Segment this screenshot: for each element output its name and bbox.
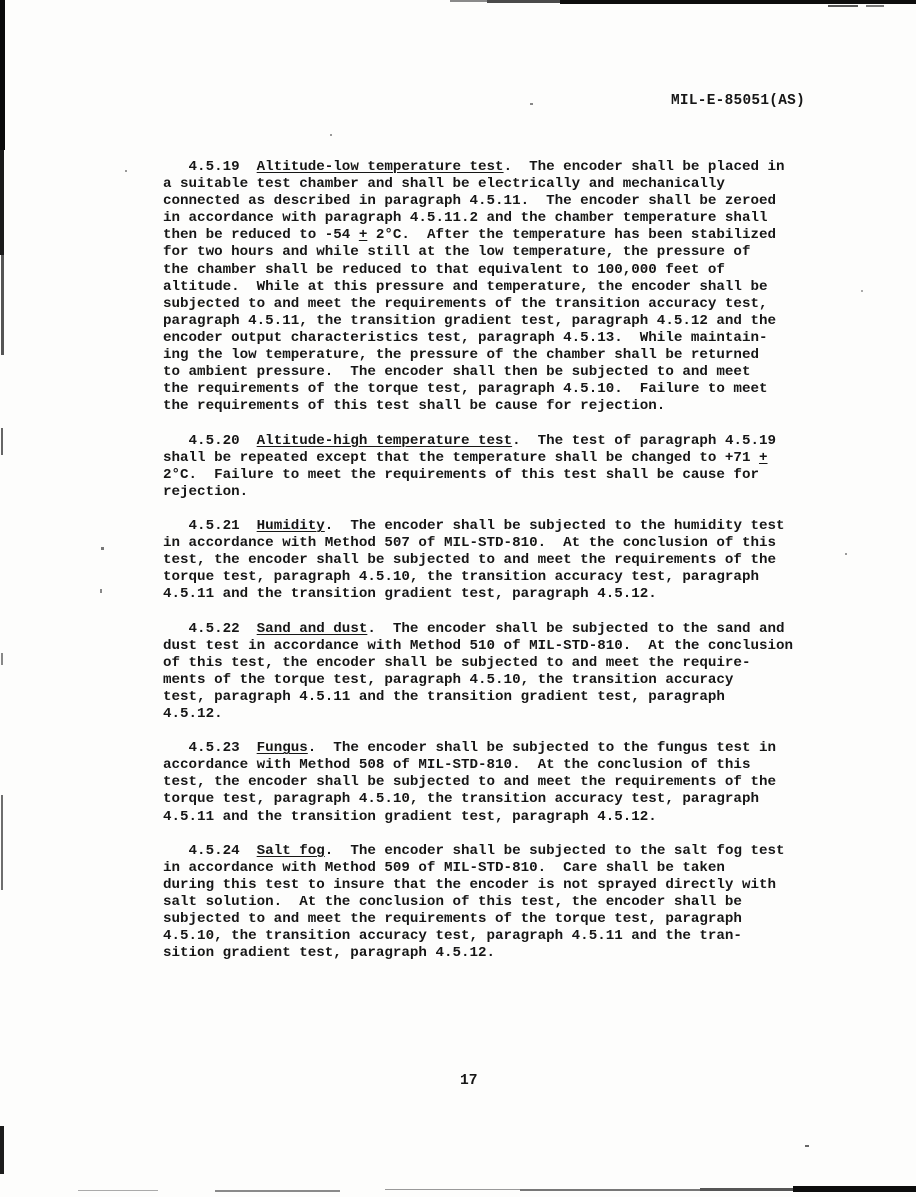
paragraph-heading-underlined: Salt fog (257, 843, 325, 859)
scan-artifact-bottom-edge (793, 1186, 916, 1192)
scan-artifact-bottom-edge (215, 1190, 340, 1192)
scan-speck (100, 589, 102, 593)
scan-speck (125, 170, 127, 172)
scan-artifact-top-edge (560, 0, 916, 4)
scan-artifact-bottom-edge (700, 1188, 795, 1191)
paragraph-text: 4.5.21 (163, 518, 257, 534)
scan-artifact-left-edge (0, 1126, 4, 1174)
scan-artifact-top-edge (450, 0, 487, 2)
scan-speck (861, 290, 863, 292)
page-number: 17 (460, 1073, 478, 1089)
scan-artifact-top-edge (828, 5, 858, 7)
paragraph-4.5.23: 4.5.23 Fungus. The encoder shall be subj… (163, 740, 823, 825)
paragraph-4.5.20: 4.5.20 Altitude-high temperature test. T… (163, 433, 823, 501)
scan-artifact-left-edge (0, 150, 4, 255)
paragraph-heading-underlined: Fungus (257, 740, 308, 756)
paragraph-4.5.21: 4.5.21 Humidity. The encoder shall be su… (163, 518, 823, 603)
scan-artifact-left-edge (1, 795, 3, 890)
paragraph-4.5.22: 4.5.22 Sand and dust. The encoder shall … (163, 621, 823, 724)
paragraph-heading-underlined: Altitude-low temperature test (257, 159, 504, 175)
scan-artifact-bottom-edge (78, 1190, 158, 1191)
scan-speck (101, 547, 104, 550)
scan-artifact-top-edge (866, 5, 884, 7)
scan-artifact-left-edge (1, 653, 3, 665)
paragraph-4.5.19: 4.5.19 Altitude-low temperature test. Th… (163, 159, 823, 415)
scan-artifact-left-edge (1, 428, 3, 455)
paragraph-heading-underlined: Altitude-high temperature test (257, 433, 512, 449)
scan-speck (530, 103, 533, 105)
scan-artifact-bottom-edge (520, 1189, 700, 1191)
paragraph-text: 2°C. Failure to meet the requirements of… (163, 467, 759, 500)
scan-speck (330, 134, 332, 136)
paragraph-4.5.24: 4.5.24 Salt fog. The encoder shall be su… (163, 843, 823, 963)
paragraph-text: 4.5.22 (163, 621, 257, 637)
paragraph-heading-underlined: Humidity (257, 518, 325, 534)
document-paragraphs: 4.5.19 Altitude-low temperature test. Th… (163, 159, 823, 980)
paragraph-heading-underlined: Sand and dust (257, 621, 368, 637)
scan-speck (805, 1145, 809, 1147)
paragraph-text: 4.5.24 (163, 843, 257, 859)
paragraph-text: 4.5.20 (163, 433, 257, 449)
paragraph-text: 4.5.23 (163, 740, 257, 756)
paragraph-text: . The encoder shall be subjected to the … (163, 843, 785, 962)
paragraph-text: 4.5.19 (163, 159, 257, 175)
paragraph-heading-underlined: + (759, 450, 768, 466)
document-id-header: MIL-E-85051(AS) (671, 93, 805, 109)
scan-speck (845, 553, 847, 555)
document-page: MIL-E-85051(AS) 4.5.19 Altitude-low temp… (0, 0, 916, 1197)
scan-artifact-bottom-edge (385, 1189, 520, 1190)
scan-artifact-top-edge (487, 0, 562, 3)
paragraph-text: 2°C. After the temperature has been stab… (163, 227, 776, 414)
scan-artifact-left-edge (1, 255, 4, 355)
scan-artifact-left-edge (0, 0, 5, 150)
